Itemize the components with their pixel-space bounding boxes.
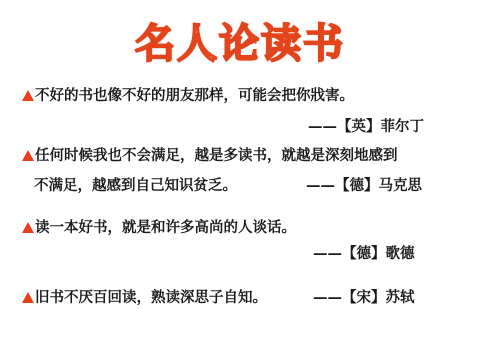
quote-3-line-1: 读一本好书，就是和许多高尚的人谈话。 <box>22 218 296 238</box>
triangle-bullet-icon <box>22 90 34 101</box>
page-title: 名人论读书 <box>0 18 480 70</box>
triangle-bullet-icon <box>22 222 34 233</box>
quote-1-line-1: 不好的书也像不好的朋友那样，可能会把你戕害。 <box>22 86 354 106</box>
quote-4-attribution: ——【宋】苏轼 <box>313 288 415 308</box>
triangle-bullet-icon <box>22 292 34 303</box>
triangle-bullet-icon <box>22 150 34 161</box>
quote-4-line-1: 旧书不厌百回读，熟读深思子自知。 <box>22 288 267 308</box>
quote-3-attribution: ——【德】歌德 <box>313 244 415 264</box>
quote-2-line-2: 不满足，越感到自己知识贫乏。 <box>34 176 237 196</box>
quote-2-line-1: 任何时候我也不会满足，越是多读书，就越是深刻地感到 <box>22 146 398 166</box>
quote-1-attribution: ——【英】菲尔丁 <box>308 117 424 137</box>
quote-2-attribution: ——【德】马克思 <box>306 176 422 196</box>
